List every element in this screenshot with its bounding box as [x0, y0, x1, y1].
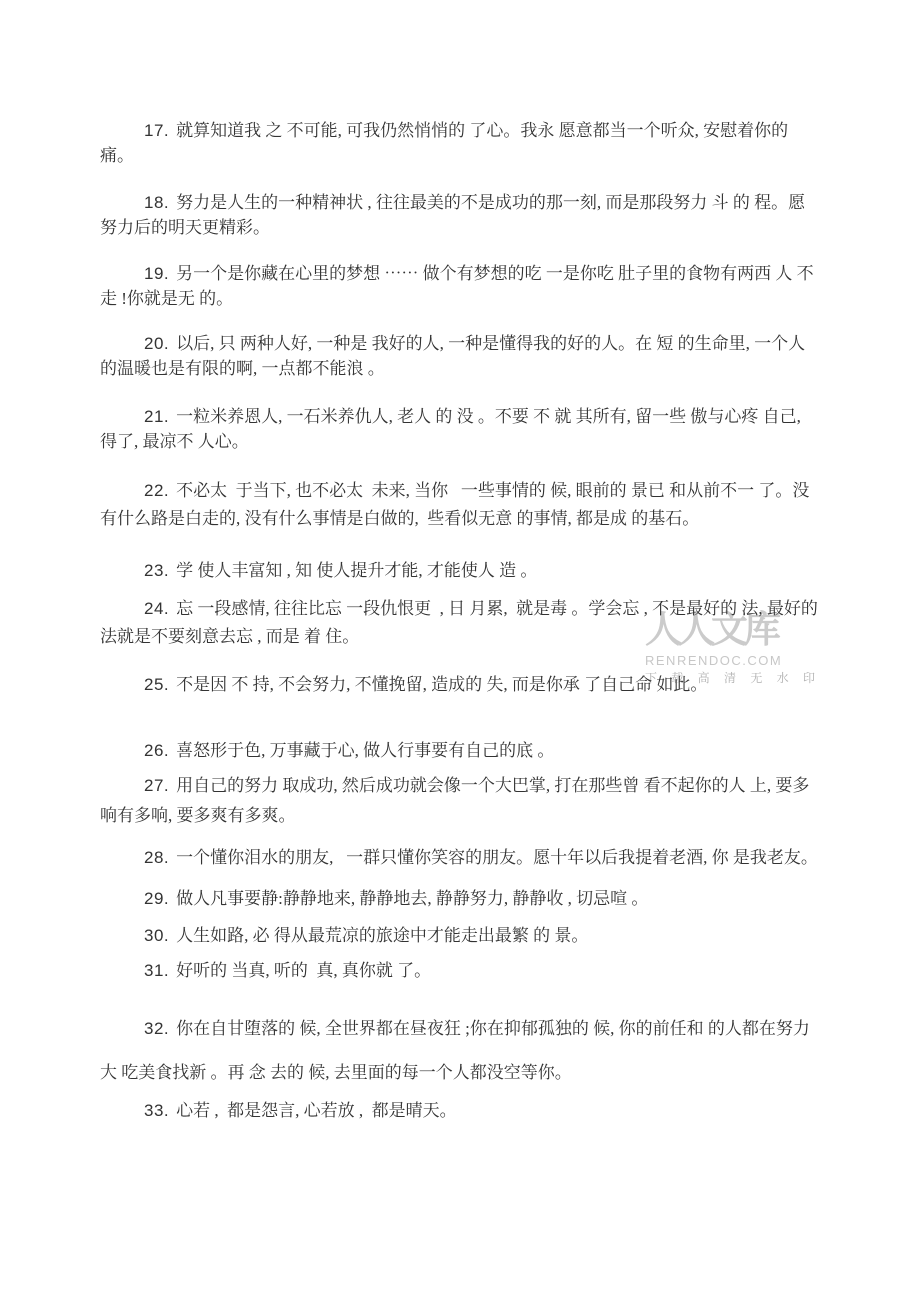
list-item: 31.好听的 当真, 听的 真, 真你就 了。 — [100, 956, 818, 986]
item-number: 27. — [144, 776, 169, 795]
item-text: 你在自甘堕落的 候, 全世界都在昼夜狂 ;你在抑郁孤独的 候, 你的前任和 的人… — [100, 1019, 814, 1082]
item-number: 28. — [144, 848, 169, 867]
list-item: 18.努力是人生的一种精神状 , 往往最美的不是成功的那一刻, 而是那段努力 斗… — [100, 190, 818, 240]
item-number: 25. — [144, 675, 169, 694]
item-number: 18. — [144, 193, 169, 212]
item-number: 32. — [144, 1019, 169, 1038]
item-number: 22. — [144, 481, 169, 500]
item-text: 另一个是你藏在心里的梦想 ⋯⋯ 做个有梦想的吃 一是你吃 肚子里的食物有两西 人… — [100, 264, 814, 308]
list-item: 21.一粒米养恩人, 一石米养仇人, 老人 的 没 。不要 不 就 其所有, 留… — [100, 404, 818, 454]
item-number: 26. — [144, 741, 169, 760]
item-text: 好听的 当真, 听的 真, 真你就 了。 — [176, 961, 431, 980]
item-text: 一个懂你泪水的朋友, 一群只懂你笑容的朋友。愿十年以后我提着老酒, 你 是我老友… — [176, 848, 818, 867]
list-item: 19.另一个是你藏在心里的梦想 ⋯⋯ 做个有梦想的吃 一是你吃 肚子里的食物有两… — [100, 261, 818, 311]
item-text: 用自己的努力 取成功, 然后成功就会像一个大巴掌, 打在那些曾 看不起你的人 上… — [100, 776, 809, 825]
item-number: 23. — [144, 561, 169, 580]
list-item: 22.不必太 于当下, 也不必太 未来, 当你 一些事情的 候, 眼前的 景已 … — [100, 477, 818, 533]
list-item: 17.就算知道我 之 不可能, 可我仍然悄悄的 了心。我永 愿意都当一个听众, … — [100, 118, 818, 168]
item-number: 33. — [144, 1101, 169, 1120]
item-text: 人生如路, 必 得从最荒凉的旅途中才能走出最繁 的 景。 — [176, 926, 588, 945]
list-item: 23.学 使人丰富知 , 知 使人提升才能, 才能使人 造 。 — [100, 557, 818, 585]
list-item: 33.心若 , 都是怨言, 心若放 , 都是晴天。 — [100, 1096, 818, 1126]
list-item: 20.以后, 只 两种人好, 一种是 我好的人, 一种是懂得我的好的人。在 短 … — [100, 331, 818, 381]
item-number: 19. — [144, 264, 169, 283]
item-text: 忘 一段感情, 往往比忘 一段仇恨更 , 日 月累, 就是毒 。学会忘 , 不是… — [100, 599, 822, 646]
list-item: 24.忘 一段感情, 往往比忘 一段仇恨更 , 日 月累, 就是毒 。学会忘 ,… — [100, 595, 818, 651]
list-item: 28.一个懂你泪水的朋友, 一群只懂你笑容的朋友。愿十年以后我提着老酒, 你 是… — [100, 843, 818, 873]
item-text: 心若 , 都是怨言, 心若放 , 都是晴天。 — [176, 1101, 457, 1120]
item-text: 喜怒形于色, 万事藏于心, 做人行事要有自己的底 。 — [176, 741, 554, 760]
item-number: 29. — [144, 889, 169, 908]
quotes-list: 17.就算知道我 之 不可能, 可我仍然悄悄的 了心。我永 愿意都当一个听众, … — [100, 118, 818, 1126]
item-text: 不是因 不 持, 不会努力, 不懂挽留, 造成的 失, 而是你承 了自己命 如此… — [176, 675, 707, 694]
item-text: 不必太 于当下, 也不必太 未来, 当你 一些事情的 候, 眼前的 景已 和从前… — [100, 481, 809, 528]
item-text: 做人凡事要静:静静地来, 静静地去, 静静努力, 静静收 , 切忌喧 。 — [176, 889, 648, 908]
item-number: 30. — [144, 926, 169, 945]
document-page: 人人文库 RENRENDOC.COM 下 载 高 清 无 水 印 17.就算知道… — [0, 0, 920, 1303]
item-text: 努力是人生的一种精神状 , 往往最美的不是成功的那一刻, 而是那段努力 斗 的 … — [100, 193, 805, 237]
list-item: 27.用自己的努力 取成功, 然后成功就会像一个大巴掌, 打在那些曾 看不起你的… — [100, 771, 818, 831]
item-text: 学 使人丰富知 , 知 使人提升才能, 才能使人 造 。 — [176, 561, 537, 580]
item-number: 21. — [144, 407, 169, 426]
item-number: 17. — [144, 121, 169, 140]
item-number: 31. — [144, 961, 169, 980]
list-item: 26.喜怒形于色, 万事藏于心, 做人行事要有自己的底 。 — [100, 737, 818, 765]
item-number: 20. — [144, 334, 169, 353]
item-number: 24. — [144, 599, 169, 618]
item-text: 就算知道我 之 不可能, 可我仍然悄悄的 了心。我永 愿意都当一个听众, 安慰着… — [100, 121, 788, 165]
list-item: 25.不是因 不 持, 不会努力, 不懂挽留, 造成的 失, 而是你承 了自己命… — [100, 671, 818, 699]
list-item: 30.人生如路, 必 得从最荒凉的旅途中才能走出最繁 的 景。 — [100, 921, 818, 951]
list-item: 32.你在自甘堕落的 候, 全世界都在昼夜狂 ;你在抑郁孤独的 候, 你的前任和… — [100, 1007, 818, 1095]
item-text: 以后, 只 两种人好, 一种是 我好的人, 一种是懂得我的好的人。在 短 的生命… — [100, 334, 805, 378]
item-text: 一粒米养恩人, 一石米养仇人, 老人 的 没 。不要 不 就 其所有, 留一些 … — [100, 407, 809, 451]
list-item: 29.做人凡事要静:静静地来, 静静地去, 静静努力, 静静收 , 切忌喧 。 — [100, 884, 818, 914]
